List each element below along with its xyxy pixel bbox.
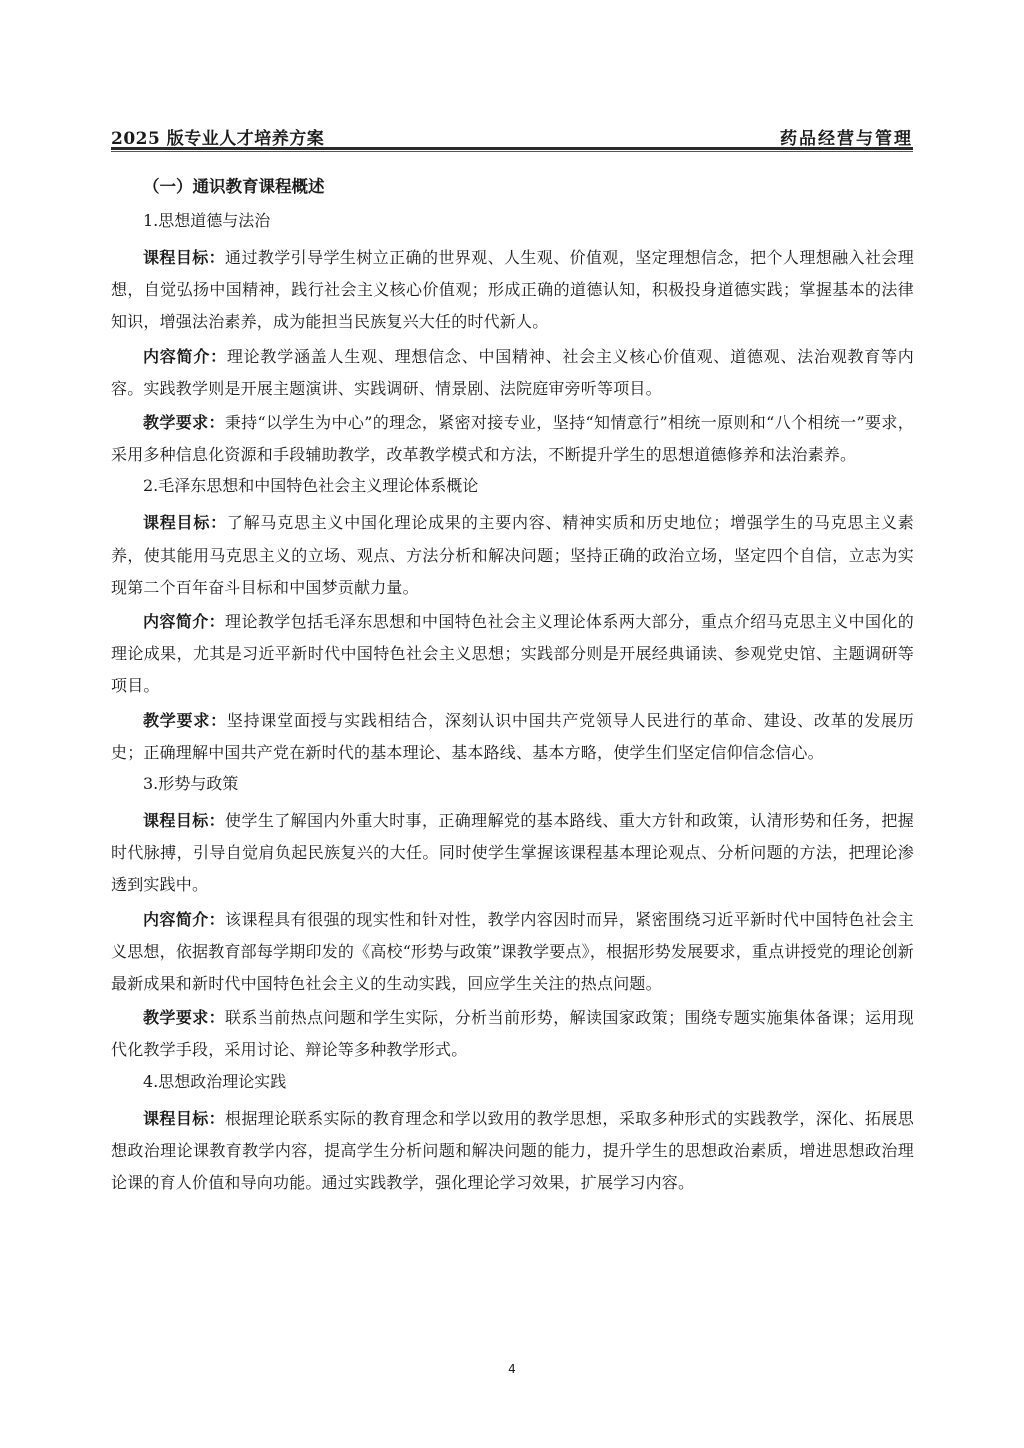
course-requirements: 教学要求：秉持“以学生为中心”的理念，紧密对接专业，坚持“知情意行”相统一原则和… bbox=[111, 407, 914, 471]
course-goal: 课程目标：了解马克思主义中国化理论成果的主要内容、精神实质和历史地位；增强学生的… bbox=[111, 507, 914, 604]
page-header: 2025 版专业人才培养方案 药品经营与管理 bbox=[111, 124, 913, 148]
goal-text: 使学生了解国内外重大时事，正确理解党的基本路线、重大方针和政策，认清形势和任务，… bbox=[111, 811, 914, 894]
header-doc-title: 2025 版专业人才培养方案 bbox=[111, 124, 324, 149]
course-goal: 课程目标：使学生了解国内外重大时事，正确理解党的基本路线、重大方针和政策，认清形… bbox=[111, 805, 914, 902]
course-block: 1.思想道德与法治 课程目标：通过教学引导学生树立正确的世界观、人生观、价值观，… bbox=[111, 208, 914, 471]
section-title: （一）通识教育课程概述 bbox=[143, 174, 914, 200]
req-label: 教学要求： bbox=[143, 413, 225, 432]
goal-text: 根据理论联系实际的教育理念和学以致用的教学思想，采取多种形式的实践教学，深化、拓… bbox=[111, 1109, 914, 1192]
goal-text: 通过教学引导学生树立正确的世界观、人生观、价值观，坚定理想信念，把个人理想融入社… bbox=[111, 248, 914, 331]
course-title: 4.思想政治理论实践 bbox=[143, 1069, 914, 1095]
header-rule-thin bbox=[111, 151, 913, 152]
goal-text: 了解马克思主义中国化理论成果的主要内容、精神实质和历史地位；增强学生的马克思主义… bbox=[111, 513, 914, 596]
goal-label: 课程目标： bbox=[143, 811, 225, 830]
course-goal: 课程目标：通过教学引导学生树立正确的世界观、人生观、价值观，坚定理想信念，把个人… bbox=[111, 242, 914, 339]
content-text: 理论教学涵盖人生观、理想信念、中国精神、社会主义核心价值观、道德观、法治观教育等… bbox=[111, 347, 914, 398]
course-content: 内容简介：理论教学包括毛泽东思想和中国特色社会主义理论体系两大部分，重点介绍马克… bbox=[111, 606, 914, 703]
req-label: 教学要求： bbox=[143, 1008, 225, 1027]
course-title: 1.思想道德与法治 bbox=[143, 208, 914, 234]
req-text: 联系当前热点问题和学生实际，分析当前形势，解读国家政策；围绕专题实施集体备课；运… bbox=[111, 1008, 914, 1059]
page-body: （一）通识教育课程概述 1.思想道德与法治 课程目标：通过教学引导学生树立正确的… bbox=[111, 174, 914, 1201]
course-goal: 课程目标：根据理论联系实际的教育理念和学以致用的教学思想，采取多种形式的实践教学… bbox=[111, 1103, 914, 1200]
req-text: 坚持课堂面授与实践相结合，深刻认识中国共产党领导人民进行的革命、建设、改革的发展… bbox=[111, 711, 914, 762]
course-block: 2.毛泽东思想和中国特色社会主义理论体系概论 课程目标：了解马克思主义中国化理论… bbox=[111, 473, 914, 769]
course-title: 3.形势与政策 bbox=[143, 771, 914, 797]
content-label: 内容简介： bbox=[143, 910, 225, 929]
course-requirements: 教学要求：坚持课堂面授与实践相结合，深刻认识中国共产党领导人民进行的革命、建设、… bbox=[111, 705, 914, 769]
course-block: 3.形势与政策 课程目标：使学生了解国内外重大时事，正确理解党的基本路线、重大方… bbox=[111, 771, 914, 1067]
header-rule-thick bbox=[111, 147, 913, 150]
req-label: 教学要求： bbox=[143, 711, 227, 730]
content-text: 理论教学包括毛泽东思想和中国特色社会主义理论体系两大部分，重点介绍马克思主义中国… bbox=[111, 612, 914, 695]
course-title: 2.毛泽东思想和中国特色社会主义理论体系概论 bbox=[143, 473, 914, 499]
content-label: 内容简介： bbox=[143, 347, 227, 366]
header-program-name: 药品经营与管理 bbox=[780, 124, 913, 149]
page-number: 4 bbox=[0, 1362, 1024, 1376]
content-text: 该课程具有很强的现实性和针对性，教学内容因时而异，紧密围绕习近平新时代中国特色社… bbox=[111, 910, 914, 993]
course-block: 4.思想政治理论实践 课程目标：根据理论联系实际的教育理念和学以致用的教学思想，… bbox=[111, 1069, 914, 1200]
req-text: 秉持“以学生为中心”的理念，紧密对接专业，坚持“知情意行”相统一原则和“八个相统… bbox=[111, 413, 914, 464]
goal-label: 课程目标： bbox=[143, 513, 227, 532]
course-content: 内容简介：该课程具有很强的现实性和针对性，教学内容因时而异，紧密围绕习近平新时代… bbox=[111, 904, 914, 1001]
course-content: 内容简介：理论教学涵盖人生观、理想信念、中国精神、社会主义核心价值观、道德观、法… bbox=[111, 341, 914, 405]
goal-label: 课程目标： bbox=[143, 1109, 225, 1128]
goal-label: 课程目标： bbox=[143, 248, 225, 267]
course-requirements: 教学要求：联系当前热点问题和学生实际，分析当前形势，解读国家政策；围绕专题实施集… bbox=[111, 1002, 914, 1066]
content-label: 内容简介： bbox=[143, 612, 225, 631]
